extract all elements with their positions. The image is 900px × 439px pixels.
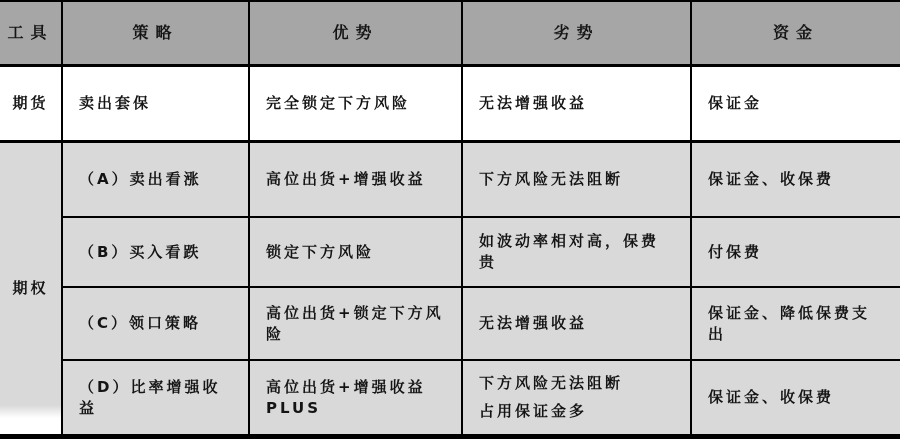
optionD-cons-cell: 下方风险无法阻断 占用保证金多 xyxy=(463,361,692,439)
header-cell-capital: 资金 xyxy=(692,0,900,67)
optionA-strategy-cell: （A）卖出看涨 xyxy=(63,143,250,218)
optionC-cons-cell: 无法增强收益 xyxy=(463,288,692,361)
optionD-capital-cell: 保证金、收保费 xyxy=(692,361,900,439)
optionD-pros-cell: 高位出货+增强收益 PLUS xyxy=(250,361,463,439)
options-tool-cell: 期权 xyxy=(0,143,63,439)
futures-cons-cell: 无法增强收益 xyxy=(463,67,692,143)
header-cell-cons: 劣势 xyxy=(463,0,692,67)
optionD-strategy-cell: （D）比率增强收益 xyxy=(63,361,250,439)
optionA-cons-cell: 下方风险无法阻断 xyxy=(463,143,692,218)
futures-strategy-cell: 卖出套保 xyxy=(63,67,250,143)
header-cell-strategy: 策略 xyxy=(63,0,250,67)
optionC-pros-cell: 高位出货+锁定下方风险 xyxy=(250,288,463,361)
header-cell-pros: 优势 xyxy=(250,0,463,67)
optionB-cons-cell: 如波动率相对高，保费贵 xyxy=(463,218,692,288)
futures-tool-cell: 期货 xyxy=(0,67,63,143)
futures-capital-cell: 保证金 xyxy=(692,67,900,143)
header-cell-tool: 工具 xyxy=(0,0,63,67)
optionC-strategy-cell: （C）领口策略 xyxy=(63,288,250,361)
optionA-pros-cell: 高位出货+增强收益 xyxy=(250,143,463,218)
optionB-pros-cell: 锁定下方风险 xyxy=(250,218,463,288)
strategy-comparison-table: 工具 策略 优势 劣势 资金 期货 卖出套保 完全锁定下方风险 无法增强收益 保… xyxy=(0,0,900,439)
optionB-strategy-cell: （B）买入看跌 xyxy=(63,218,250,288)
futures-pros-cell: 完全锁定下方风险 xyxy=(250,67,463,143)
optionC-capital-cell: 保证金、降低保费支出 xyxy=(692,288,900,361)
optionB-capital-cell: 付保费 xyxy=(692,218,900,288)
optionA-capital-cell: 保证金、收保费 xyxy=(692,143,900,218)
